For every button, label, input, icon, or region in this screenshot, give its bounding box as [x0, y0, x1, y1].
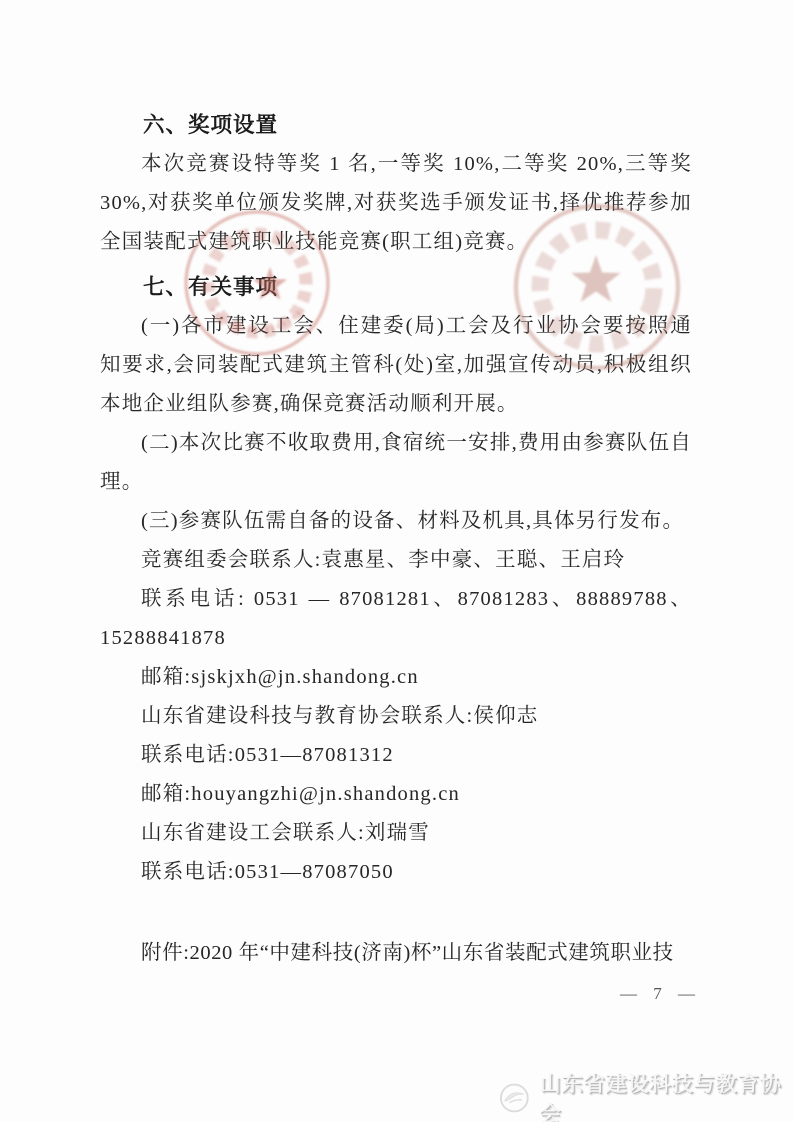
line-committee-phones: 联系电话: 0531 — 87081281、87081283、88889788、… [100, 580, 692, 658]
line-union-contact: 山东省建设工会联系人:刘瑞雪 [100, 814, 692, 853]
paragraph-award-details: 本次竞赛设特等奖 1 名,一等奖 10%,二等奖 20%,三等奖 30%,对获奖… [100, 145, 692, 262]
page-number: — 7 — [620, 984, 701, 1004]
paragraph-item-3: (三)参赛队伍需自备的设备、材料及机具,具体另行发布。 [100, 502, 692, 541]
line-association-email: 邮箱:houyangzhi@jn.shandong.cn [100, 775, 692, 814]
footer-org-name: 山东省建设科技与教育协会 [540, 1068, 793, 1122]
scanned-document-page: 六、奖项设置 本次竞赛设特等奖 1 名,一等奖 10%,二等奖 20%,三等奖 … [0, 0, 793, 1122]
line-union-phone: 联系电话:0531—87087050 [100, 853, 692, 892]
section-heading-matters: 七、有关事项 [100, 268, 692, 307]
document-body: 六、奖项设置 本次竞赛设特等奖 1 名,一等奖 10%,二等奖 20%,三等奖 … [100, 106, 692, 973]
footer-watermark: 山东省建设科技与教育协会 [498, 1068, 793, 1122]
association-logo-icon [498, 1081, 531, 1115]
line-association-phone: 联系电话:0531—87081312 [100, 736, 692, 775]
line-committee-email: 邮箱:sjskjxh@jn.shandong.cn [100, 658, 692, 697]
section-heading-awards: 六、奖项设置 [100, 106, 692, 145]
line-attachment: 附件:2020 年“中建科技(济南)杯”山东省装配式建筑职业技 [100, 934, 692, 973]
line-association-contact: 山东省建设科技与教育协会联系人:侯仰志 [100, 697, 692, 736]
paragraph-item-1: (一)各市建设工会、住建委(局)工会及行业协会要按照通知要求,会同装配式建筑主管… [100, 307, 692, 424]
paragraph-item-2: (二)本次比赛不收取费用,食宿统一安排,费用由参赛队伍自理。 [100, 424, 692, 502]
line-committee-contacts: 竞赛组委会联系人:袁惠星、李中豪、王聪、王启玲 [100, 541, 692, 580]
